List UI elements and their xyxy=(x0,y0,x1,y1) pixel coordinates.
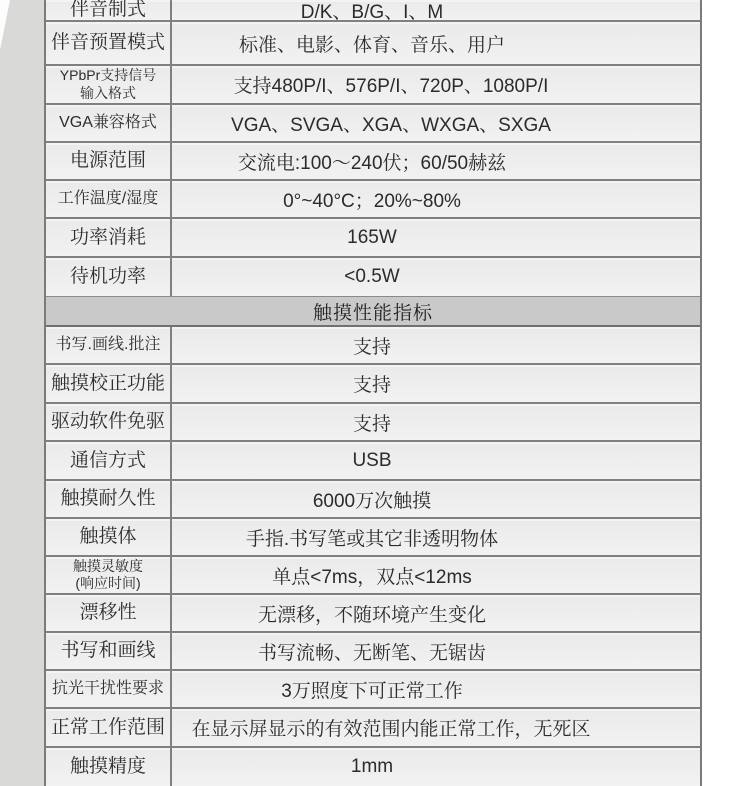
spec-label: 触摸体 xyxy=(46,519,172,555)
spec-label: 漂移性 xyxy=(46,595,172,631)
spec-value: 3万照度下可正常工作 xyxy=(172,671,700,707)
spec-row: 触摸体手指.书写笔或其它非透明物体 xyxy=(46,519,700,557)
spec-label: 书写和画线 xyxy=(46,633,172,669)
spec-label: 通信方式 xyxy=(46,442,172,479)
spec-label: 书写.画线.批注 xyxy=(46,327,172,363)
spec-row: 书写和画线书写流畅、无断笔、无锯齿 xyxy=(46,633,700,671)
spec-table: 伴音制式D/K、B/G、I、M伴音预置模式标准、电影、体育、音乐、用户YPbPr… xyxy=(44,0,702,786)
spec-row: YPbPr支持信号 输入格式支持480P/I、576P/I、720P、1080P… xyxy=(46,66,700,105)
spec-value: 交流电:100～240伏；60/50赫兹 xyxy=(172,143,700,179)
spec-rows-touch: 书写.画线.批注支持触摸校正功能支持驱动软件免驱支持通信方式USB触摸耐久性60… xyxy=(46,327,700,786)
spec-label: YPbPr支持信号 输入格式 xyxy=(46,66,172,103)
spec-label: 伴音制式 xyxy=(46,0,172,20)
spec-value: D/K、B/G、I、M xyxy=(172,0,700,20)
spec-label: 触摸校正功能 xyxy=(46,365,172,402)
left-margin-strip xyxy=(0,0,44,786)
spec-rows-general: 伴音制式D/K、B/G、I、M伴音预置模式标准、电影、体育、音乐、用户YPbPr… xyxy=(46,0,700,296)
spec-row: 通信方式USB xyxy=(46,442,700,481)
spec-row: 抗光干扰性要求3万照度下可正常工作 xyxy=(46,671,700,709)
spec-row: 触摸精度1mm xyxy=(46,748,700,786)
spec-value: 1mm xyxy=(172,748,700,786)
spec-row: 功率消耗165W xyxy=(46,219,700,258)
spec-label: 正常工作范围 xyxy=(46,709,172,746)
spec-row: 工作温度/湿度0°~40°C；20%~80% xyxy=(46,181,700,219)
spec-value: 165W xyxy=(172,219,700,256)
spec-row: 漂移性无漂移，不随环境产生变化 xyxy=(46,595,700,633)
spec-row: 驱动软件免驱支持 xyxy=(46,404,700,442)
spec-label: 触摸精度 xyxy=(46,748,172,786)
spec-value: <0.5W xyxy=(172,258,700,296)
spec-row: 电源范围交流电:100～240伏；60/50赫兹 xyxy=(46,143,700,181)
section-header-touch-performance: 触摸性能指标 xyxy=(46,296,700,327)
spec-label: 触摸耐久性 xyxy=(46,481,172,517)
spec-value: 标准、电影、体育、音乐、用户 xyxy=(172,22,700,64)
spec-label: 伴音预置模式 xyxy=(46,22,172,64)
spec-row: 待机功率<0.5W xyxy=(46,258,700,296)
spec-label: 驱动软件免驱 xyxy=(46,404,172,440)
spec-value: 在显示屏显示的有效范围内能正常工作，无死区 xyxy=(172,709,700,746)
product-spec-page: 伴音制式D/K、B/G、I、M伴音预置模式标准、电影、体育、音乐、用户YPbPr… xyxy=(0,0,750,786)
spec-value: 单点<7ms，双点<12ms xyxy=(172,557,700,593)
spec-label: 触摸灵敏度 (响应时间) xyxy=(46,557,172,593)
spec-label: 待机功率 xyxy=(46,258,172,296)
spec-value: 支持480P/I、576P/I、720P、1080P/I xyxy=(172,66,700,103)
spec-row: 触摸灵敏度 (响应时间)单点<7ms，双点<12ms xyxy=(46,557,700,595)
spec-label: 工作温度/湿度 xyxy=(46,181,172,217)
spec-row: 伴音预置模式标准、电影、体育、音乐、用户 xyxy=(46,22,700,66)
spec-value: 支持 xyxy=(172,327,700,363)
spec-label: 抗光干扰性要求 xyxy=(46,671,172,707)
spec-label: 电源范围 xyxy=(46,143,172,179)
spec-value: 0°~40°C；20%~80% xyxy=(172,181,700,217)
spec-row: 触摸耐久性6000万次触摸 xyxy=(46,481,700,519)
spec-label: 功率消耗 xyxy=(46,219,172,256)
spec-value: 6000万次触摸 xyxy=(172,481,700,517)
spec-value: VGA、SVGA、XGA、WXGA、SXGA xyxy=(172,105,700,141)
spec-value: 手指.书写笔或其它非透明物体 xyxy=(172,519,700,555)
spec-value: 支持 xyxy=(172,404,700,440)
spec-row: VGA兼容格式VGA、SVGA、XGA、WXGA、SXGA xyxy=(46,105,700,143)
spec-label: VGA兼容格式 xyxy=(46,105,172,141)
spec-row: 触摸校正功能支持 xyxy=(46,365,700,404)
spec-value: USB xyxy=(172,442,700,479)
spec-row: 书写.画线.批注支持 xyxy=(46,327,700,365)
spec-row: 正常工作范围在显示屏显示的有效范围内能正常工作，无死区 xyxy=(46,709,700,748)
spec-row: 伴音制式D/K、B/G、I、M xyxy=(46,0,700,22)
spec-value: 书写流畅、无断笔、无锯齿 xyxy=(172,633,700,669)
spec-value: 无漂移，不随环境产生变化 xyxy=(172,595,700,631)
spec-value: 支持 xyxy=(172,365,700,402)
